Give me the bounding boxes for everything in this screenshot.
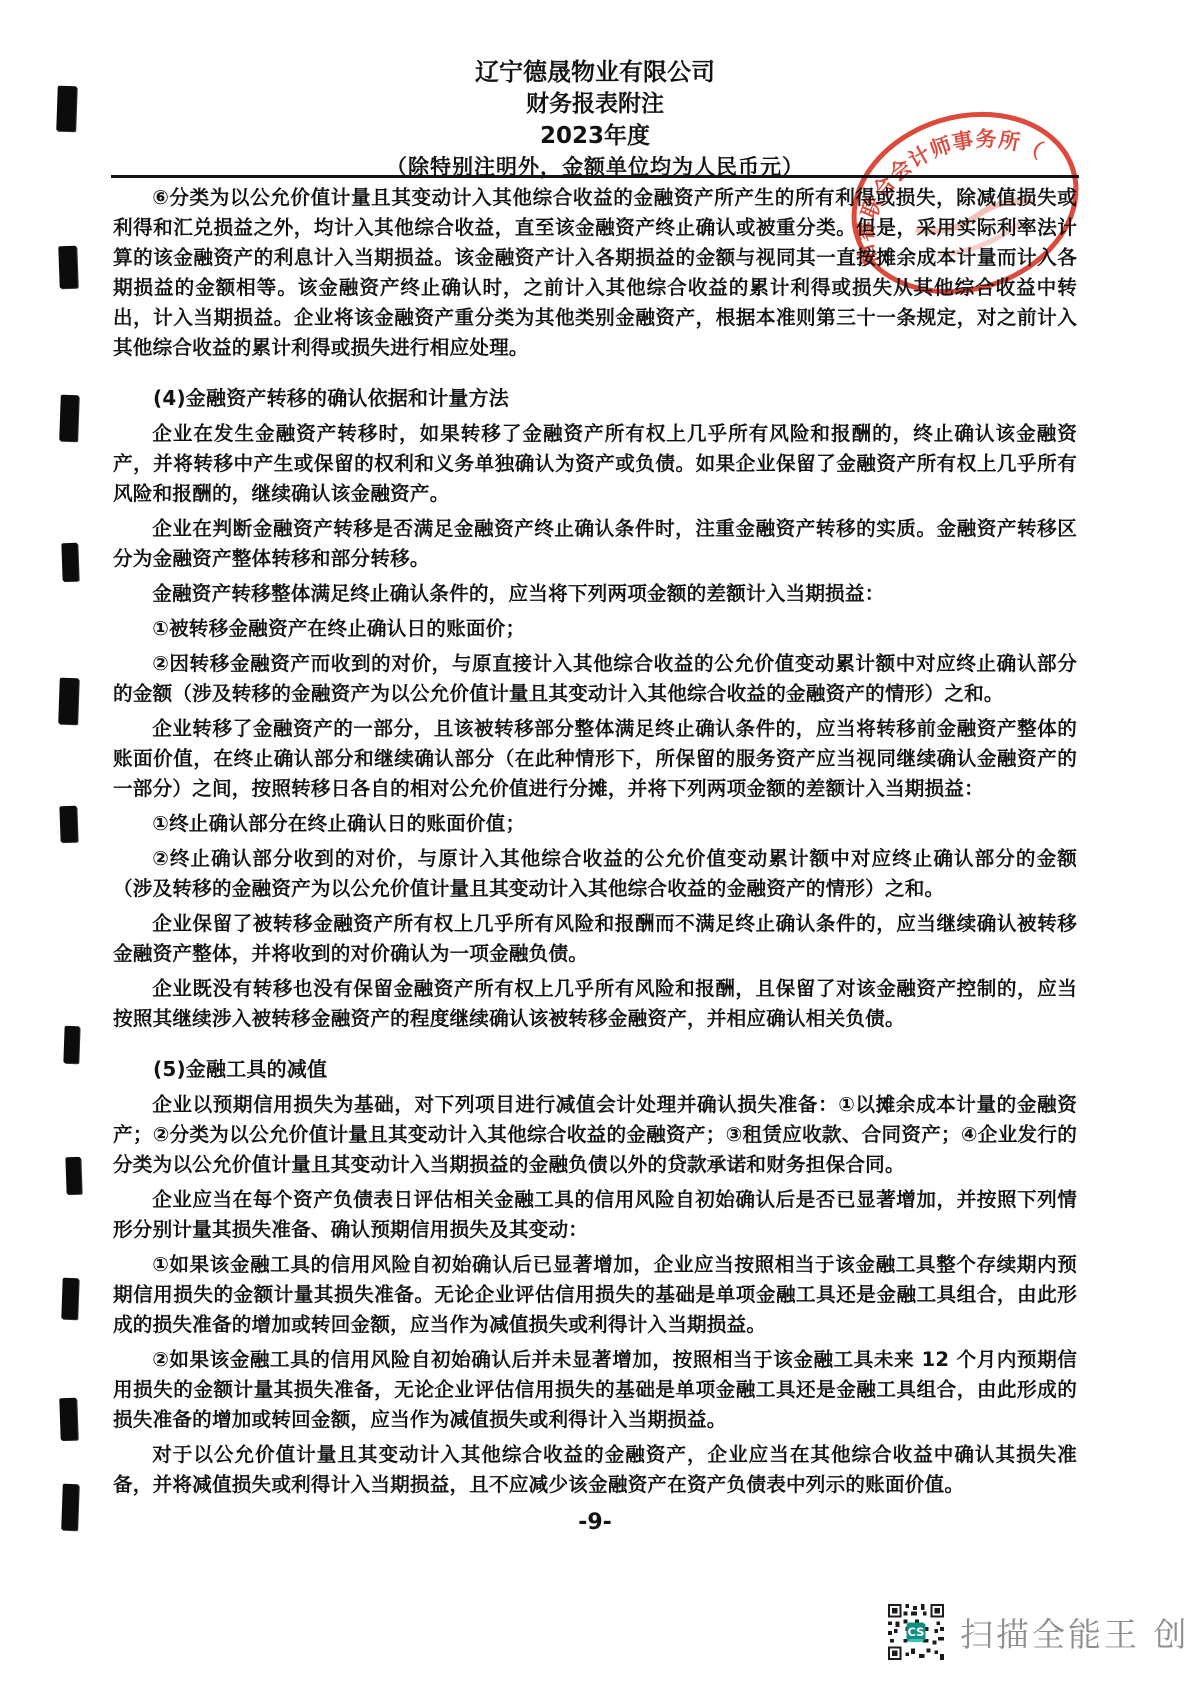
company-name: 辽宁德晟物业有限公司 (0, 56, 1190, 88)
body-paragraph: 金融资产转移整体满足终止确认条件的，应当将下列两项金额的差额计入当期损益： (113, 579, 1077, 609)
document-header: 辽宁德晟物业有限公司 财务报表附注 2023年度 （除特别注明外，金额单位均为人… (0, 56, 1190, 182)
header-divider (111, 175, 1079, 178)
binding-mark (59, 1398, 77, 1441)
body-paragraph: 企业在判断金融资产转移是否满足金融资产终止确认条件时，注重金融资产转移的实质。金… (113, 514, 1077, 574)
binding-mark (61, 1484, 79, 1531)
page-number: -9- (0, 1510, 1190, 1535)
binding-mark (65, 1157, 81, 1195)
binding-mark (59, 806, 77, 843)
camscanner-qr-icon: CS (888, 1604, 944, 1660)
scanner-footer: CS 扫描全能王 创建 (888, 1604, 1190, 1660)
section-heading: (5)金融工具的减值 (113, 1054, 1077, 1084)
binding-mark (59, 395, 79, 442)
body-paragraph: ①如果该金融工具的信用风险自初始确认后已显著增加，企业应当按照相当于该金融工具整… (113, 1250, 1077, 1340)
body-paragraph: ①终止确认部分在终止确认日的账面价值； (113, 809, 1077, 839)
body-paragraph: 企业既没有转移也没有保留金融资产所有权上几乎所有风险和报酬，且保留了对该金融资产… (113, 974, 1077, 1034)
binding-mark (63, 1026, 79, 1064)
body-paragraph: 企业以预期信用损失为基础，对下列项目进行减值会计处理并确认损失准备：①以摊余成本… (113, 1090, 1077, 1180)
svg-text:CS: CS (907, 1625, 924, 1639)
binding-mark (58, 246, 77, 289)
body-paragraph: 企业在发生金融资产转移时，如果转移了金融资产所有权上几乎所有风险和报酬的，终止确… (113, 419, 1077, 509)
body-paragraph: 对于以公允价值计量且其变动计入其他综合收益的金融资产，企业应当在其他综合收益中确… (113, 1440, 1077, 1500)
scanner-app-label: 扫描全能王 创建 (960, 1609, 1190, 1656)
body-paragraph: ②终止确认部分收到的对价，与原计入其他综合收益的公允价值变动累计额中对应终止确认… (113, 844, 1077, 904)
body-paragraph: ①被转移金融资产在终止确认日的账面价； (113, 614, 1077, 644)
binding-mark (58, 678, 79, 725)
report-period: 2023年度 (0, 120, 1190, 152)
document-body: ⑥分类为以公允价值计量且其变动计入其他综合收益的金融资产所产生的所有利得或损失，… (113, 183, 1077, 1505)
body-paragraph: ②如果该金融工具的信用风险自初始确认后并未显著增加，按照相当于该金融工具未来 1… (113, 1345, 1077, 1435)
binding-mark (56, 86, 77, 132)
document-title: 财务报表附注 (0, 88, 1190, 120)
section-heading: (4)金融资产转移的确认依据和计量方法 (113, 383, 1077, 413)
body-paragraph: ②因转移金融资产而收到的对价，与原直接计入其他综合收益的公允价值变动累计额中对应… (113, 649, 1077, 709)
binding-mark (61, 1278, 78, 1320)
body-paragraph: 企业转移了金融资产的一部分，且该被转移部分整体满足终止确认条件的，应当将转移前金… (113, 714, 1077, 804)
body-paragraph: 企业应当在每个资产负债表日评估相关金融工具的信用风险自初始确认后是否已显著增加，… (113, 1185, 1077, 1245)
binding-mark (61, 543, 78, 582)
body-paragraph: ⑥分类为以公允价值计量且其变动计入其他综合收益的金融资产所产生的所有利得或损失，… (113, 183, 1077, 363)
body-paragraph: 企业保留了被转移金融资产所有权上几乎所有风险和报酬而不满足终止确认条件的，应当继… (113, 909, 1077, 969)
